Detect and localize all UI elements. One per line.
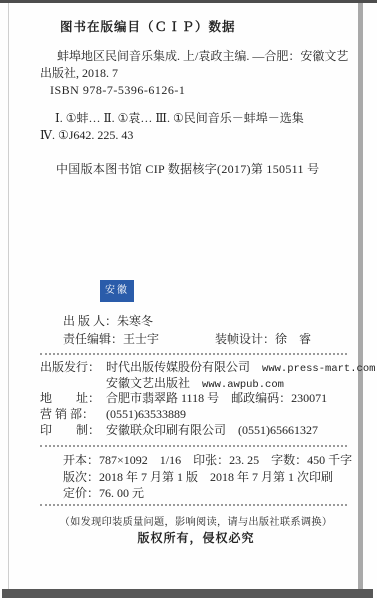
- cip-description: 蚌埠地区民间音乐集成. 上/袁政主编. —合肥：安徽文艺 出版社, 2018. …: [40, 48, 352, 99]
- quality-notice: （如发现印装质量问题，影响阅读，请与出版社联系调换）: [40, 514, 352, 531]
- row-label: 营 销 部：: [40, 407, 106, 423]
- postal-code: 邮政编码：230071: [231, 391, 327, 405]
- cip-title: 图书在版编目（ＣＩＰ）数据: [60, 19, 236, 36]
- page-edge-left: [8, 3, 9, 589]
- responsible-editor-label: 责任编辑：: [63, 332, 123, 346]
- publisher-logo-badge: 安徽: [100, 280, 134, 302]
- row-value: 安徽联众印刷有限公司 (0551)65661327: [106, 423, 318, 437]
- publisher-website: www.press-mart.com: [262, 363, 375, 375]
- publishing-row: 安徽文艺出版社www.awpub.com: [40, 376, 352, 392]
- publishing-row: 印 制：安徽联众印刷有限公司 (0551)65661327: [40, 423, 352, 439]
- classification-line: Ⅰ. ①蚌… Ⅱ. ①袁… Ⅲ. ①民间音乐－蚌埠－选集: [40, 110, 352, 127]
- publisher-person-row: 出 版 人：朱寒冬: [63, 313, 153, 330]
- row-value: 安徽文艺出版社: [106, 376, 190, 390]
- publishing-row: 出版发行：时代出版传媒股份有限公司www.press-mart.com: [40, 360, 352, 376]
- page-edge-top: [0, 0, 377, 3]
- cip-line: 出版社, 2018. 7: [40, 65, 352, 82]
- row-value: (0551)63533889: [106, 407, 186, 421]
- row-value: 合肥市翡翠路 1118 号: [106, 391, 219, 405]
- isbn-line: ISBN 978-7-5396-6126-1: [40, 82, 352, 99]
- responsible-editor-name: 王士宇: [123, 332, 159, 346]
- publishing-info: 出版发行：时代出版传媒股份有限公司www.press-mart.com 安徽文艺…: [40, 360, 352, 438]
- format-line: 开本：787×1092 1/16 印张：23. 25 字数：450 千字: [63, 452, 363, 469]
- price-line: 定价：76. 00 元: [63, 485, 363, 502]
- cip-record-number: 中国版本图书馆 CIP 数据核字(2017)第 150511 号: [56, 161, 319, 178]
- cip-line: 蚌埠地区民间音乐集成. 上/袁政主编. —合肥：安徽文艺: [40, 48, 352, 65]
- publisher-label: 出 版 人：: [63, 314, 117, 328]
- designer-name: 徐 睿: [275, 332, 311, 346]
- row-label: 出版发行：: [40, 360, 106, 376]
- print-specs: 开本：787×1092 1/16 印张：23. 25 字数：450 千字 版次：…: [63, 452, 363, 502]
- dotted-divider: [40, 445, 347, 447]
- row-label: 地 址：: [40, 391, 106, 407]
- edition-line: 版次：2018 年 7 月第 1 版 2018 年 7 月第 1 次印刷: [63, 469, 363, 486]
- row-value: 时代出版传媒股份有限公司: [106, 360, 250, 374]
- designer-label: 装帧设计：: [215, 332, 275, 346]
- page-edge-bottom: [2, 589, 373, 598]
- cip-classification: Ⅰ. ①蚌… Ⅱ. ①袁… Ⅲ. ①民间音乐－蚌埠－选集 Ⅳ. ①J642. 2…: [40, 110, 352, 144]
- publishing-row: 营 销 部：(0551)63533889: [40, 407, 352, 423]
- classification-line: Ⅳ. ①J642. 225. 43: [40, 127, 352, 144]
- publisher-name: 朱寒冬: [117, 314, 153, 328]
- editors-row: 责任编辑：王士宇装帧设计：徐 睿: [63, 331, 363, 348]
- dotted-divider: [40, 353, 347, 355]
- dotted-divider: [40, 504, 347, 506]
- imprint-website: www.awpub.com: [202, 379, 284, 391]
- publishing-row: 地 址：合肥市翡翠路 1118 号邮政编码：230071: [40, 391, 352, 407]
- copyright-notice: 版权所有，侵权必究: [40, 530, 352, 547]
- row-label: 印 制：: [40, 423, 106, 439]
- scanned-copyright-page: 图书在版编目（ＣＩＰ）数据 蚌埠地区民间音乐集成. 上/袁政主编. —合肥：安徽…: [0, 0, 377, 600]
